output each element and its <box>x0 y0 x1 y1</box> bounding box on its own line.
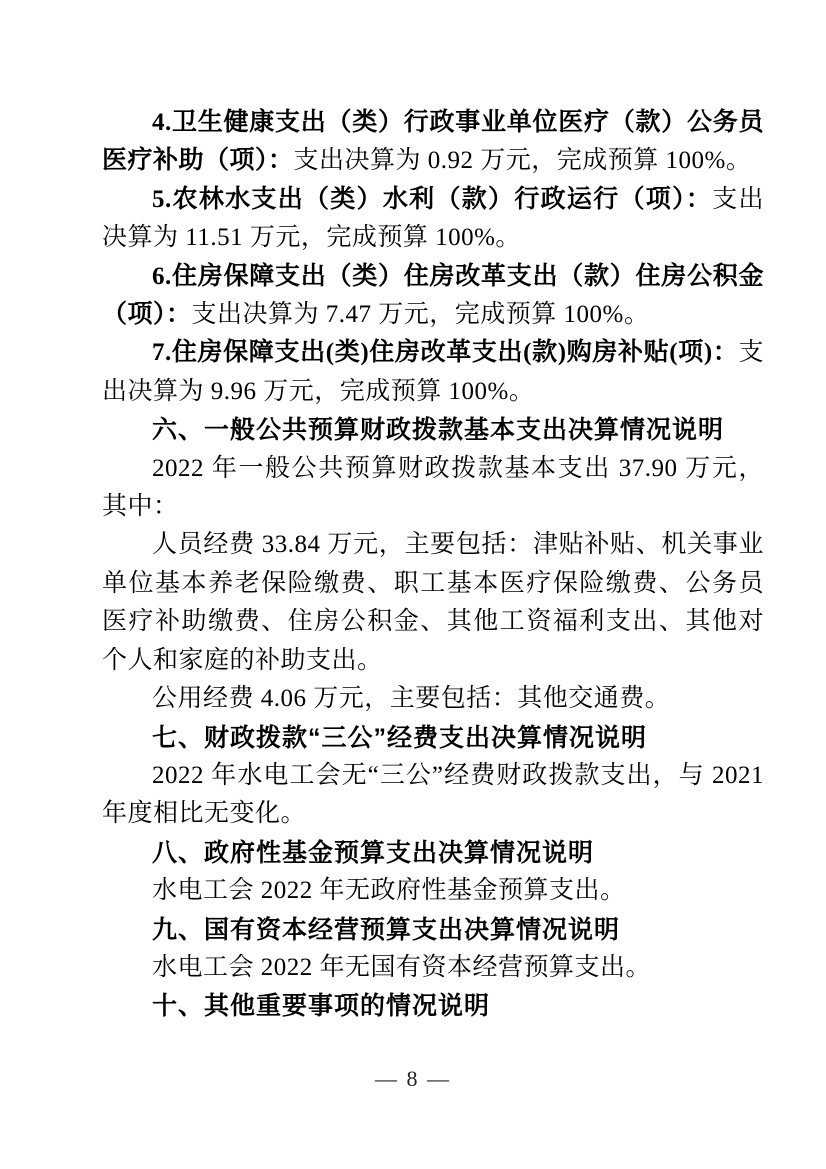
section-6-paragraph-total: 2022 年一般公共预算财政拨款基本支出 37.90 万元，其中： <box>102 450 764 527</box>
budget-item-7-title: 7.住房保障支出(类)住房改革支出(款)购房补贴(项)： <box>152 339 738 366</box>
section-6-paragraph-personnel: 人员经费 33.84 万元，主要包括：津贴补贴、机关事业单位基本养老保险缴费、职… <box>102 526 764 680</box>
section-8-paragraph: 水电工会 2022 年无政府性基金预算支出。 <box>102 872 764 910</box>
budget-item-6-value: 支出决算为 7.47 万元，完成预算 100%。 <box>192 301 650 328</box>
budget-item-4-value: 支出决算为 0.92 万元，完成预算 100%。 <box>294 147 752 174</box>
section-7-paragraph: 2022 年水电工会无“三公”经费财政拨款支出，与 2021 年度相比无变化。 <box>102 757 764 834</box>
budget-item-5: 5.农林水支出（类）水利（款）行政运行（项）：支出决算为 11.51 万元，完成… <box>102 181 764 258</box>
section-9-paragraph: 水电工会 2022 年无国有资本经营预算支出。 <box>102 949 764 987</box>
section-heading-10: 十、其他重要事项的情况说明 <box>102 987 764 1025</box>
section-heading-6: 六、一般公共预算财政拨款基本支出决算情况说明 <box>102 411 764 449</box>
page-number: — 8 — <box>0 1066 826 1092</box>
section-6-paragraph-public-funds: 公用经费 4.06 万元，主要包括：其他交通费。 <box>102 680 764 718</box>
budget-item-7: 7.住房保障支出(类)住房改革支出(款)购房补贴(项)：支出决算为 9.96 万… <box>102 334 764 411</box>
section-heading-9: 九、国有资本经营预算支出决算情况说明 <box>102 911 764 949</box>
section-heading-7: 七、财政拨款“三公”经费支出决算情况说明 <box>102 719 764 757</box>
section-heading-8: 八、政府性基金预算支出决算情况说明 <box>102 834 764 872</box>
budget-item-5-title: 5.农林水支出（类）水利（款）行政运行（项）： <box>152 186 712 213</box>
budget-item-6: 6.住房保障支出（类）住房改革支出（款）住房公积金（项）：支出决算为 7.47 … <box>102 258 764 335</box>
budget-item-4: 4.卫生健康支出（类）行政事业单位医疗（款）公务员医疗补助（项）：支出决算为 0… <box>102 104 764 181</box>
document-body: 4.卫生健康支出（类）行政事业单位医疗（款）公务员医疗补助（项）：支出决算为 0… <box>102 104 764 1026</box>
document-page: 4.卫生健康支出（类）行政事业单位医疗（款）公务员医疗补助（项）：支出决算为 0… <box>0 0 826 1169</box>
